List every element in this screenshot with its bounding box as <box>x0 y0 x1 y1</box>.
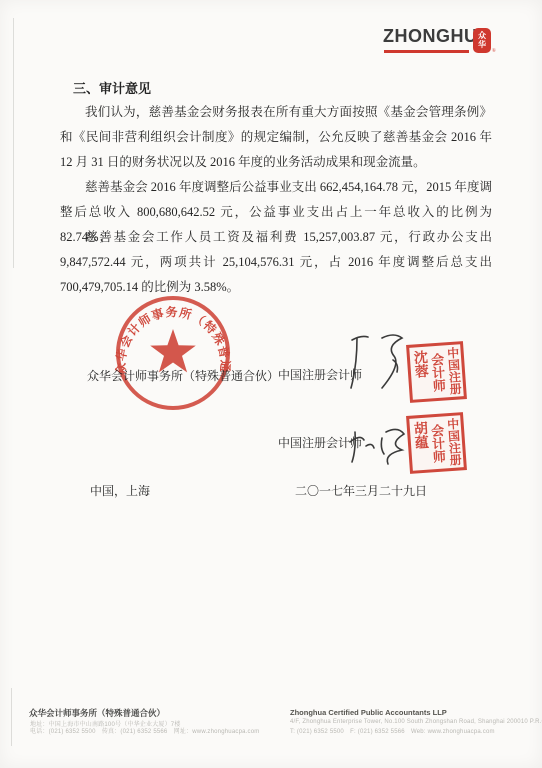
cpa-seal-hu-yun: 中国注册 会计师 胡蕴 <box>406 412 467 474</box>
logo-red-seal-icon: 众 华 <box>473 28 491 53</box>
date-line: 二〇一七年三月二十九日 <box>295 482 427 499</box>
seal-col-registered: 中国注册 <box>446 346 461 395</box>
seal-col-accountant: 会计师 <box>430 352 446 392</box>
logo-seal-char-top: 众 <box>473 31 491 40</box>
scan-artifact-line <box>11 688 12 746</box>
signature-shen-rong <box>348 330 410 398</box>
zhonghua-logo: ZHONGHUA 众 华 ® <box>383 27 495 61</box>
footer-contact-en: T: (021) 6352 5500 F: (021) 6352 5566 We… <box>290 726 495 735</box>
signature-hu-yun <box>344 424 414 470</box>
section-heading: 三、审计意见 <box>73 78 151 97</box>
footer-firm-name-en: Zhonghua Certified Public Accountants LL… <box>290 708 447 717</box>
seal-col-registered: 中国注册 <box>446 417 461 466</box>
place-line: 中国，上海 <box>90 482 150 499</box>
firm-round-stamp: 众华会计师事务所（特殊普通合伙） <box>110 290 236 416</box>
stamp-star-icon <box>150 329 196 372</box>
scanned-audit-report-page: ZHONGHUA 众 华 ® 三、审计意见 我们认为，慈善基金会财务报表在所有重… <box>0 0 542 768</box>
footer-address-en: 4/F, Zhonghua Enterprise Tower, No.100 S… <box>290 719 542 725</box>
cpa-seal-shen-rong: 中国注册 会计师 沈蓉 <box>406 341 467 403</box>
logo-underline <box>384 50 469 53</box>
firm-name-line: 众华会计师事务所（特殊普通合伙） <box>87 367 279 384</box>
opinion-paragraph: 我们认为，慈善基金会财务报表在所有重大方面按照《基金会管理条例》和《民间非营利组… <box>60 100 492 175</box>
seal-col-name: 胡蕴 <box>411 421 428 468</box>
footer-contact-cn: 电话：(021) 6352 5500 传真：(021) 6352 5566 网址… <box>30 726 259 735</box>
seal-col-name: 沈蓉 <box>411 350 428 397</box>
logo-seal-char-bottom: 华 <box>473 40 491 49</box>
registered-trademark-symbol: ® <box>492 49 496 54</box>
admin-expense-paragraph: 慈善基金会工作人员工资及福利费 15,257,003.87 元，行政办公支出 9… <box>60 225 492 300</box>
footer-firm-name-cn: 众华会计师事务所（特殊普通合伙） <box>29 707 165 719</box>
scan-artifact-line <box>13 18 14 268</box>
seal-col-accountant: 会计师 <box>430 423 446 463</box>
